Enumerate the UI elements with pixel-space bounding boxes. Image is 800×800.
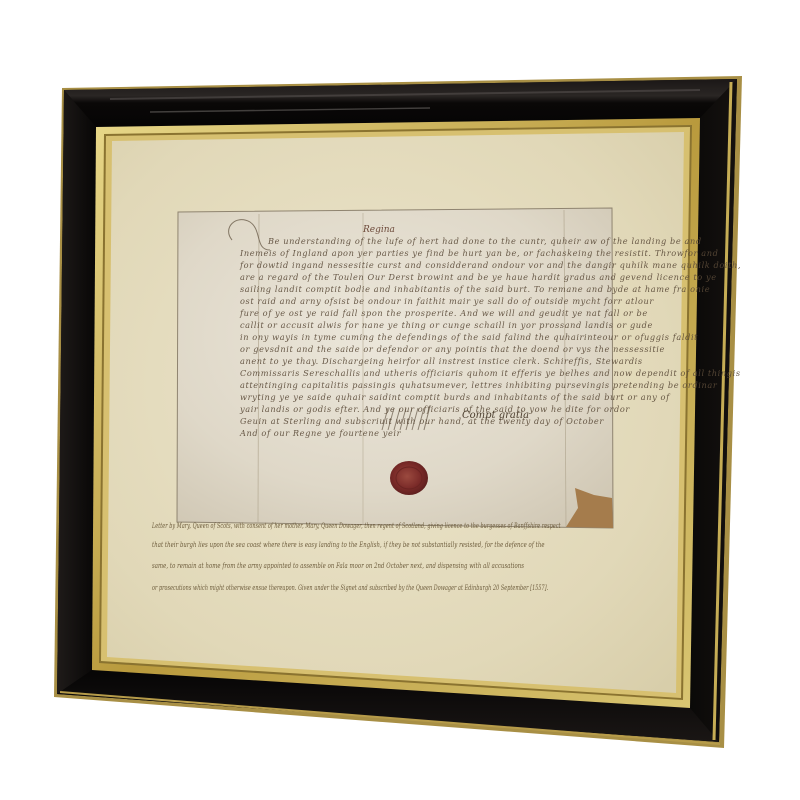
letter-line: Be understanding of the lufe of hert had… [268, 236, 702, 246]
letter-line: yair landis or godis efter. And ye our o… [240, 404, 630, 414]
caption-line: Letter by Mary, Queen of Scots, with con… [152, 522, 498, 530]
letter-line: are a regard of the Toulen Our Derst bro… [240, 272, 717, 282]
letter-line: callit or accusit alwis for nane ye thin… [240, 320, 653, 330]
caption-line: same, to remain at home from the army ap… [152, 562, 530, 570]
caption-line: that their burgh lies upon the sea coast… [152, 541, 530, 549]
countersignature: Compt gratia [462, 410, 529, 421]
letter-line: sailing landit comptit bodie and inhabit… [240, 284, 710, 294]
letter-line: ost raid and arny ofsist be ondour in fa… [240, 296, 654, 306]
framed-document-photo: Regina Be understanding of the lufe of h… [0, 0, 800, 800]
letter-line: And of our Regne ye fourtene yeir [240, 428, 401, 438]
letter-line: in ony wayis in tyme cuming the defendin… [240, 332, 698, 342]
letter-line: Commissaris Sereschallis and utheris off… [240, 368, 741, 378]
letter-heading: Regina [363, 225, 395, 235]
caption-line: or prosecutions which might otherwise en… [152, 584, 498, 592]
letter-line: or gevsdnit and the saide or defendor or… [240, 344, 665, 354]
letter-line: attentinging capitalitis passingis quhat… [240, 380, 717, 390]
letter-line: Geuin at Sterling and subscriuit with ou… [240, 416, 604, 426]
letter-line: fure of ye ost ye raid fall spon the pro… [240, 308, 648, 318]
letter-line: wryting ye ye saide quhair saidint compt… [240, 392, 670, 402]
letter-line: Inemeis of Ingland apon yer parties ye f… [240, 248, 718, 258]
letter-line: anent to ye thay. Dischargeing heirfor a… [240, 356, 643, 366]
letter-line: for dowtid ingand nessesitie curst and c… [240, 260, 741, 270]
